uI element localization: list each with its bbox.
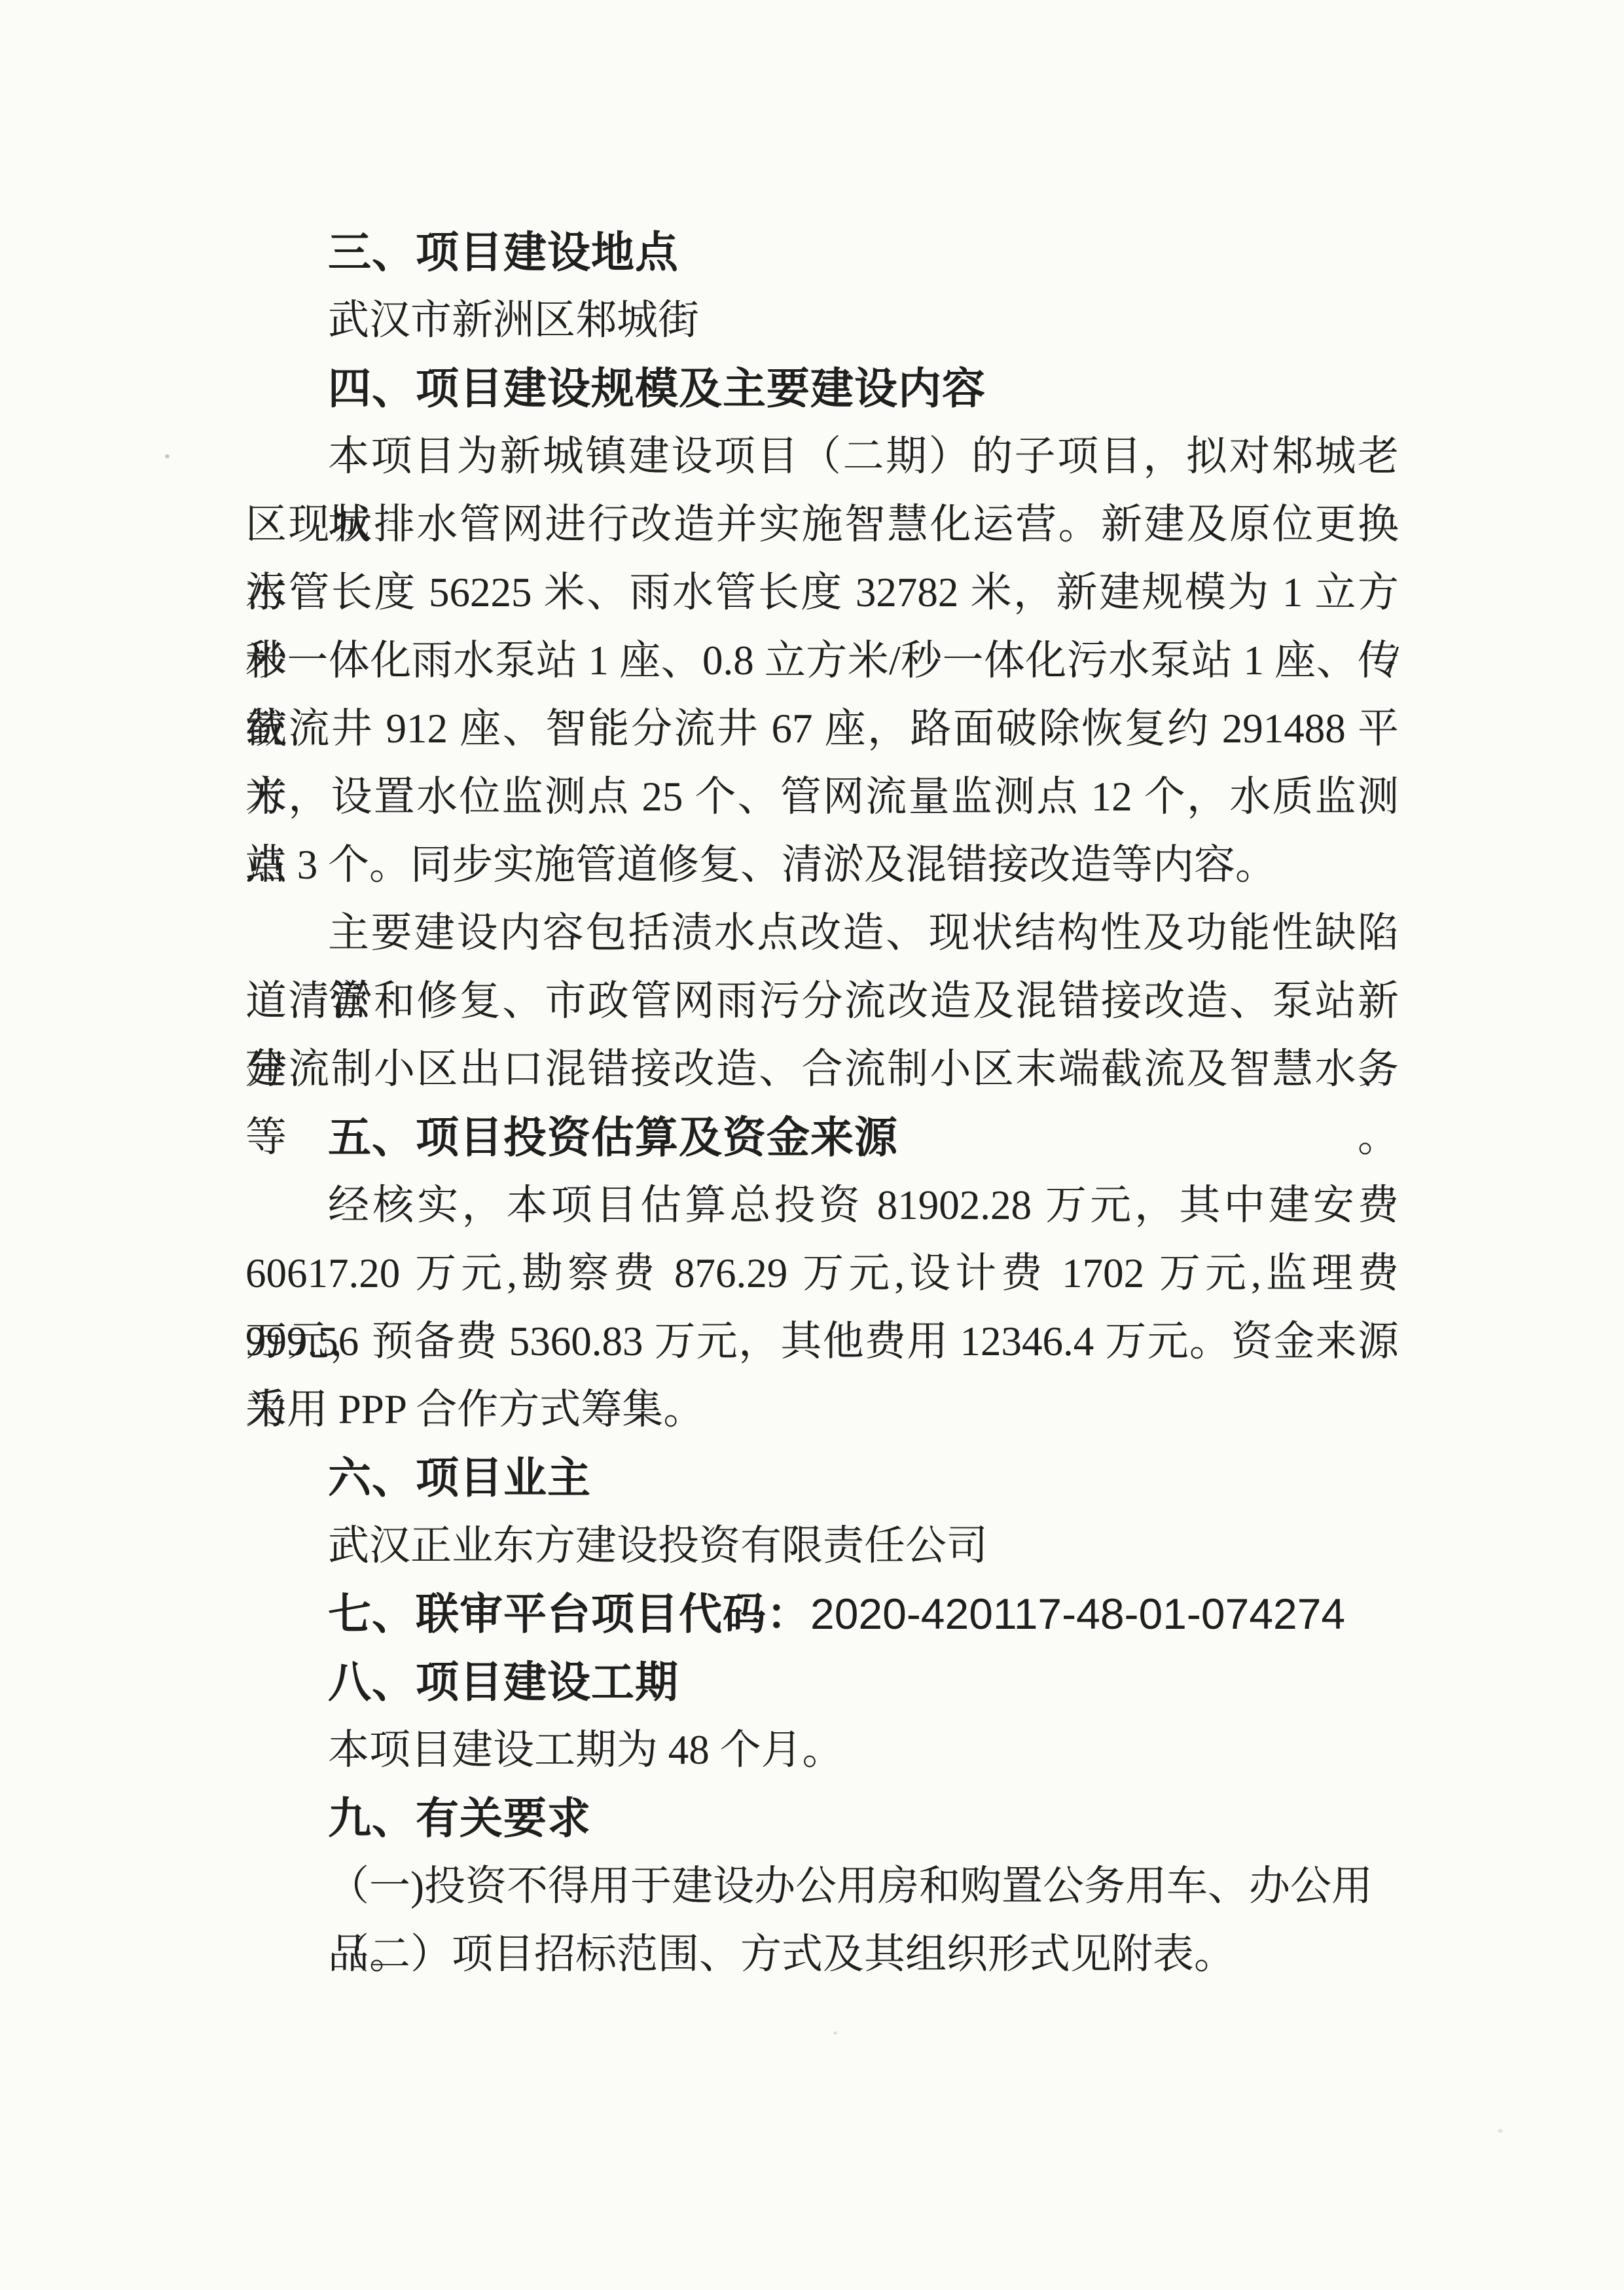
scan-speck: [1498, 2129, 1503, 2133]
requirement-item-2: （二）项目招标范围、方式及其组织形式见附表。: [245, 1920, 1399, 1988]
scan-speck: [165, 454, 170, 458]
section-heading-3: 三、项目建设地点: [245, 218, 1399, 286]
construction-period-text: 本项目建设工期为 48 个月。: [245, 1716, 1399, 1784]
body-line: 本项目为新城镇建设项目（二期）的子项目，拟对邾城老城: [245, 422, 1399, 490]
document-body: 三、项目建设地点 武汉市新洲区邾城街 四、项目建设规模及主要建设内容 本项目为新…: [245, 218, 1399, 1988]
body-line: 经核实，本项目估算总投资 81902.28 万元，其中建安费: [245, 1171, 1399, 1239]
body-line: 米，设置水位监测点 25 个、管网流量监测点 12 个，水质监测站: [245, 763, 1399, 831]
body-line: 区现状排水管网进行改造并实施智慧化运营。新建及原位更换污: [245, 490, 1399, 558]
body-line: 秒一体化雨水泵站 1 座、0.8 立方米/秒一体化污水泵站 1 座、传统: [245, 627, 1399, 695]
scanned-document-page: 三、项目建设地点 武汉市新洲区邾城街 四、项目建设规模及主要建设内容 本项目为新…: [0, 0, 1624, 2290]
body-line: 道清淤和修复、市政管网雨污分流改造及混错接改造、泵站新建、: [245, 967, 1399, 1035]
section-heading-9: 九、有关要求: [245, 1784, 1399, 1852]
section-heading-8: 八、项目建设工期: [245, 1648, 1399, 1716]
body-line: 水管长度 56225 米、雨水管长度 32782 米，新建规模为 1 立方米/: [245, 558, 1399, 627]
project-owner-text: 武汉正业东方建设投资有限责任公司: [245, 1512, 1399, 1580]
body-line: 点 3 个。同步实施管道修复、清淤及混错接改造等内容。: [245, 831, 1399, 899]
body-line: 截流井 912 座、智能分流井 67 座，路面破除恢复约 291488 平方: [245, 695, 1399, 763]
section-heading-4: 四、项目建设规模及主要建设内容: [245, 354, 1399, 422]
body-line: 主要建设内容包括渍水点改造、现状结构性及功能性缺陷管: [245, 899, 1399, 967]
body-line: 万元，预备费 5360.83 万元，其他费用 12346.4 万元。资金来源为: [245, 1307, 1399, 1375]
scan-speck: [833, 2031, 837, 2035]
project-location-text: 武汉市新洲区邾城街: [245, 286, 1399, 354]
section-heading-6: 六、项目业主: [245, 1444, 1399, 1512]
requirement-item-1: （一)投资不得用于建设办公用房和购置公务用车、办公用品。: [245, 1852, 1399, 1920]
body-line: 60617.20 万元,勘察费 876.29 万元,设计费 1702 万元,监理…: [245, 1239, 1399, 1307]
project-code-label: 七、联审平台项目代码：: [328, 1590, 810, 1638]
project-code-value: 2020-420117-48-01-074274: [810, 1590, 1345, 1638]
body-line: 采用 PPP 合作方式筹集。: [245, 1375, 1399, 1444]
body-line: 分流制小区出口混错接改造、合流制小区末端截流及智慧水务等。: [245, 1035, 1399, 1103]
section-heading-7: 七、联审平台项目代码：2020-420117-48-01-074274: [245, 1580, 1399, 1648]
